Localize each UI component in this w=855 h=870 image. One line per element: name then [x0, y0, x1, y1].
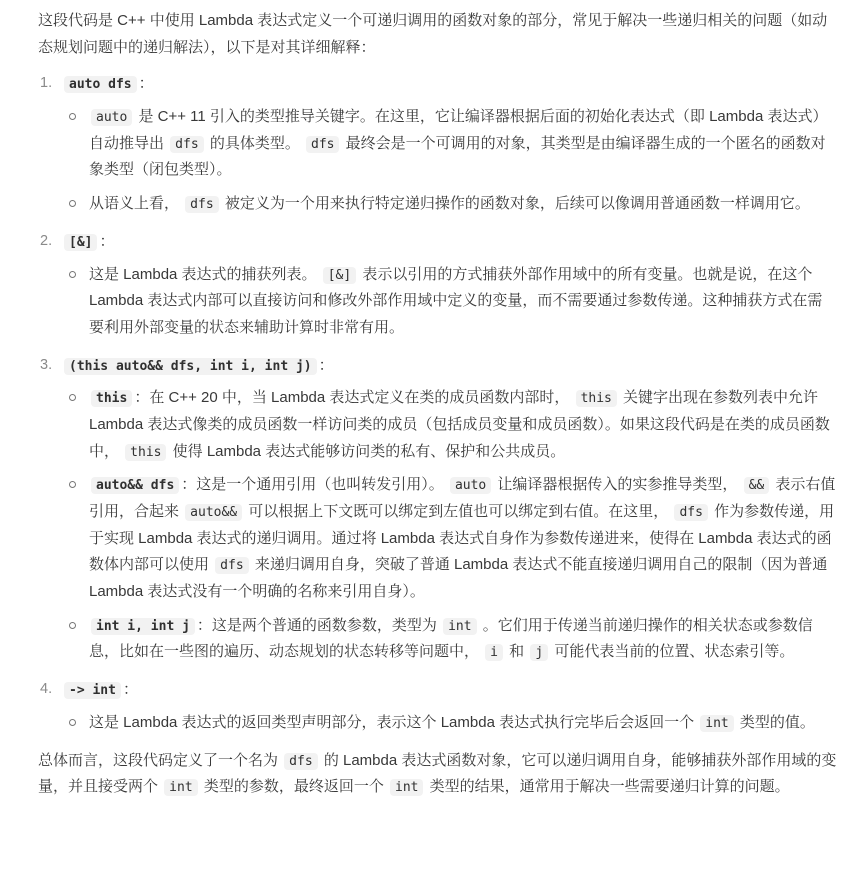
inline-code: [&]: [64, 234, 97, 251]
circle-bullet-icon: [69, 481, 76, 488]
sub-bullet-list: this：在 C++ 20 中，当 Lambda 表达式定义在类的成员函数内部时…: [62, 385, 837, 666]
list-item-title: -> int：: [62, 677, 837, 704]
inline-code: &&: [744, 477, 770, 494]
bullet-text: auto&& dfs：这是一个通用引用（也叫转发引用）。 auto 让编译器根据…: [89, 472, 837, 605]
list-number: 3.: [40, 353, 62, 379]
inline-code: int: [164, 779, 197, 796]
inline-code: dfs: [170, 136, 203, 153]
inline-code: auto&& dfs: [91, 477, 179, 494]
inline-code: auto: [450, 477, 491, 494]
inline-code: this: [576, 390, 617, 407]
circle-bullet-icon: [69, 394, 76, 401]
bullet-text: 这是 Lambda 表达式的捕获列表。 [&] 表示以引用的方式捕获外部作用域中…: [89, 262, 837, 342]
list-number: 2.: [40, 229, 62, 255]
inline-code: [&]: [323, 267, 356, 284]
inline-code: i: [485, 644, 503, 661]
bullet-item: 从语义上看， dfs 被定义为一个用来执行特定递归操作的函数对象，后续可以像调用…: [62, 191, 837, 218]
bullet-text: 这是 Lambda 表达式的返回类型声明部分，表示这个 Lambda 表达式执行…: [89, 710, 837, 737]
list-item-title: auto dfs：: [62, 71, 837, 98]
circle-bullet-icon: [69, 622, 76, 629]
bullet-item: int i, int j：这是两个普通的函数参数，类型为 int 。它们用于传递…: [62, 613, 837, 666]
bullet-text: 从语义上看， dfs 被定义为一个用来执行特定递归操作的函数对象，后续可以像调用…: [89, 191, 837, 218]
list-item-title: (this auto&& dfs, int i, int j)：: [62, 353, 837, 380]
inline-code: dfs: [674, 504, 707, 521]
inline-code: j: [530, 644, 548, 661]
list-item-title: [&]：: [62, 229, 837, 256]
bullet-text: this：在 C++ 20 中，当 Lambda 表达式定义在类的成员函数内部时…: [89, 385, 837, 465]
inline-code: (this auto&& dfs, int i, int j): [64, 358, 317, 375]
inline-code: int: [443, 618, 476, 635]
inline-code: int: [700, 715, 733, 732]
assistant-message: 这段代码是 C++ 中使用 Lambda 表达式定义一个可递归调用的函数对象的部…: [0, 0, 855, 811]
inline-code: dfs: [284, 753, 317, 770]
bullet-item: auto&& dfs：这是一个通用引用（也叫转发引用）。 auto 让编译器根据…: [62, 472, 837, 605]
list-item: 4. -> int： 这是 Lambda 表达式的返回类型声明部分，表示这个 L…: [40, 677, 837, 743]
bullet-item: this：在 C++ 20 中，当 Lambda 表达式定义在类的成员函数内部时…: [62, 385, 837, 465]
outro-paragraph: 总体而言，这段代码定义了一个名为 dfs 的 Lambda 表达式函数对象，它可…: [38, 748, 837, 801]
intro-paragraph: 这段代码是 C++ 中使用 Lambda 表达式定义一个可递归调用的函数对象的部…: [38, 8, 837, 61]
list-item: 3. (this auto&& dfs, int i, int j)： this…: [40, 353, 837, 674]
inline-code: int i, int j: [91, 618, 195, 635]
inline-code: dfs: [215, 557, 248, 574]
inline-code: auto&&: [185, 504, 242, 521]
ordered-list: 1. auto dfs： auto 是 C++ 11 引入的类型推导关键字。在这…: [38, 71, 837, 743]
inline-code: dfs: [306, 136, 339, 153]
inline-code: auto dfs: [64, 76, 137, 93]
sub-bullet-list: auto 是 C++ 11 引入的类型推导关键字。在这里，它让编译器根据后面的初…: [62, 104, 837, 218]
circle-bullet-icon: [69, 719, 76, 726]
inline-code: -> int: [64, 682, 121, 699]
circle-bullet-icon: [69, 271, 76, 278]
bullet-item: 这是 Lambda 表达式的捕获列表。 [&] 表示以引用的方式捕获外部作用域中…: [62, 262, 837, 342]
bullet-text: auto 是 C++ 11 引入的类型推导关键字。在这里，它让编译器根据后面的初…: [89, 104, 837, 184]
inline-code: this: [125, 444, 166, 461]
bullet-item: auto 是 C++ 11 引入的类型推导关键字。在这里，它让编译器根据后面的初…: [62, 104, 837, 184]
sub-bullet-list: 这是 Lambda 表达式的捕获列表。 [&] 表示以引用的方式捕获外部作用域中…: [62, 262, 837, 342]
list-item: 2. [&]： 这是 Lambda 表达式的捕获列表。 [&] 表示以引用的方式…: [40, 229, 837, 349]
bullet-text: int i, int j：这是两个普通的函数参数，类型为 int 。它们用于传递…: [89, 613, 837, 666]
list-item: 1. auto dfs： auto 是 C++ 11 引入的类型推导关键字。在这…: [40, 71, 837, 224]
list-number: 1.: [40, 71, 62, 97]
circle-bullet-icon: [69, 113, 76, 120]
inline-code: int: [390, 779, 423, 796]
inline-code: this: [91, 390, 132, 407]
inline-code: dfs: [185, 196, 218, 213]
bullet-item: 这是 Lambda 表达式的返回类型声明部分，表示这个 Lambda 表达式执行…: [62, 710, 837, 737]
circle-bullet-icon: [69, 200, 76, 207]
sub-bullet-list: 这是 Lambda 表达式的返回类型声明部分，表示这个 Lambda 表达式执行…: [62, 710, 837, 737]
inline-code: auto: [91, 109, 132, 126]
list-number: 4.: [40, 677, 62, 703]
